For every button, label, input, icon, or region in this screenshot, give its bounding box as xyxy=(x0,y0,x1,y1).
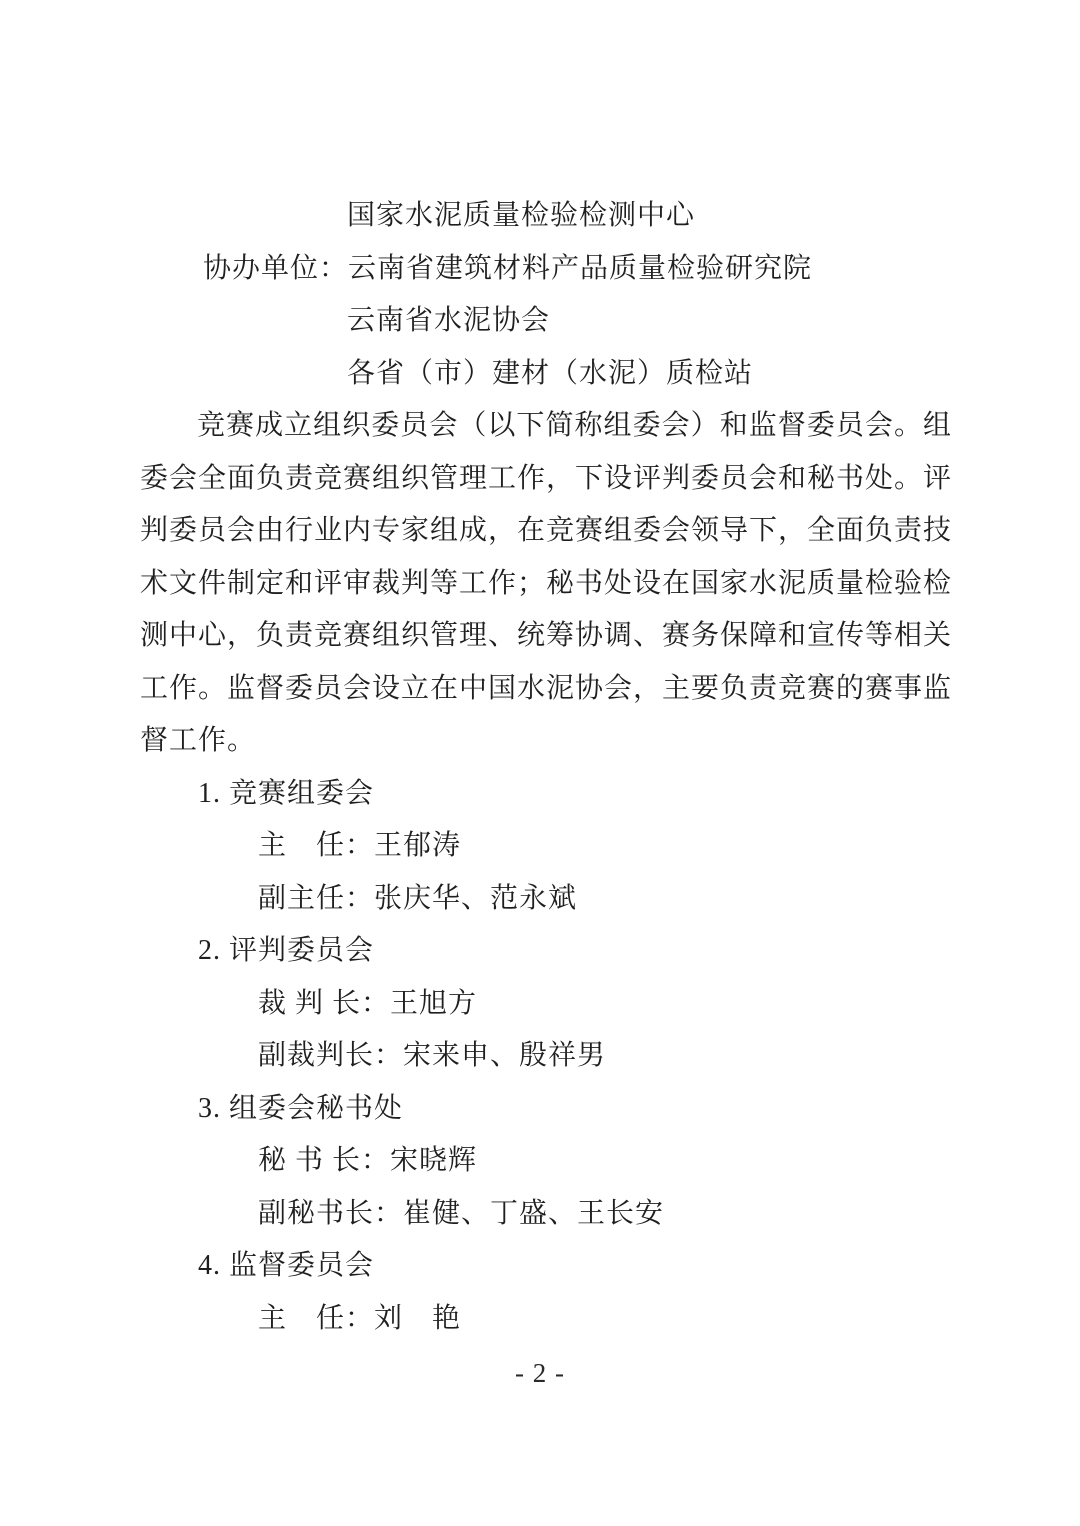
committee-role-line: 主 任：王郁涛 xyxy=(140,820,952,873)
committee-role-line: 秘 书 长：宋晓辉 xyxy=(140,1135,952,1188)
document-page: 国家水泥质量检验检测中心 协办单位：云南省建筑材料产品质量检验研究院 云南省水泥… xyxy=(0,0,1080,1526)
committee-heading-1: 1. 竞赛组委会 xyxy=(140,768,952,821)
committee-role-line: 副秘书长：崔健、丁盛、王长安 xyxy=(140,1188,952,1241)
committee-role-line: 副裁判长：宋来申、殷祥男 xyxy=(140,1030,952,1083)
co-organizer-label: 协办单位： xyxy=(203,253,348,284)
paragraph-line: 委会全面负责竞赛组织管理工作，下设评判委员会和秘书处。评 xyxy=(140,453,952,506)
co-organizer-line: 协办单位：云南省建筑材料产品质量检验研究院 xyxy=(140,243,952,296)
co-organizer-item-1: 云南省建筑材料产品质量检验研究院 xyxy=(348,253,812,284)
paragraph-line: 测中心，负责竞赛组织管理、统筹协调、赛务保障和宣传等相关 xyxy=(140,610,952,663)
committee-heading-2: 2. 评判委员会 xyxy=(140,925,952,978)
document-body: 国家水泥质量检验检测中心 协办单位：云南省建筑材料产品质量检验研究院 云南省水泥… xyxy=(140,190,952,1345)
paragraph-line: 术文件制定和评审裁判等工作；秘书处设在国家水泥质量检验检 xyxy=(140,558,952,611)
page-number: - 2 - xyxy=(0,1358,1080,1389)
paragraph-line: 竞赛成立组织委员会（以下简称组委会）和监督委员会。组 xyxy=(140,400,952,453)
co-organizer-item-2: 云南省水泥协会 xyxy=(140,295,952,348)
committee-heading-3: 3. 组委会秘书处 xyxy=(140,1083,952,1136)
paragraph-line: 判委员会由行业内专家组成，在竞赛组委会领导下，全面负责技 xyxy=(140,505,952,558)
paragraph-line: 工作。监督委员会设立在中国水泥协会，主要负责竞赛的赛事监 xyxy=(140,663,952,716)
paragraph-line: 督工作。 xyxy=(140,715,952,768)
committee-heading-4: 4. 监督委员会 xyxy=(140,1240,952,1293)
committee-role-line: 主 任：刘 艳 xyxy=(140,1293,952,1346)
committee-role-line: 副主任：张庆华、范永斌 xyxy=(140,873,952,926)
organizer-continuation-line: 国家水泥质量检验检测中心 xyxy=(140,190,952,243)
co-organizer-item-3: 各省（市）建材（水泥）质检站 xyxy=(140,348,952,401)
committee-role-line: 裁 判 长：王旭方 xyxy=(140,978,952,1031)
